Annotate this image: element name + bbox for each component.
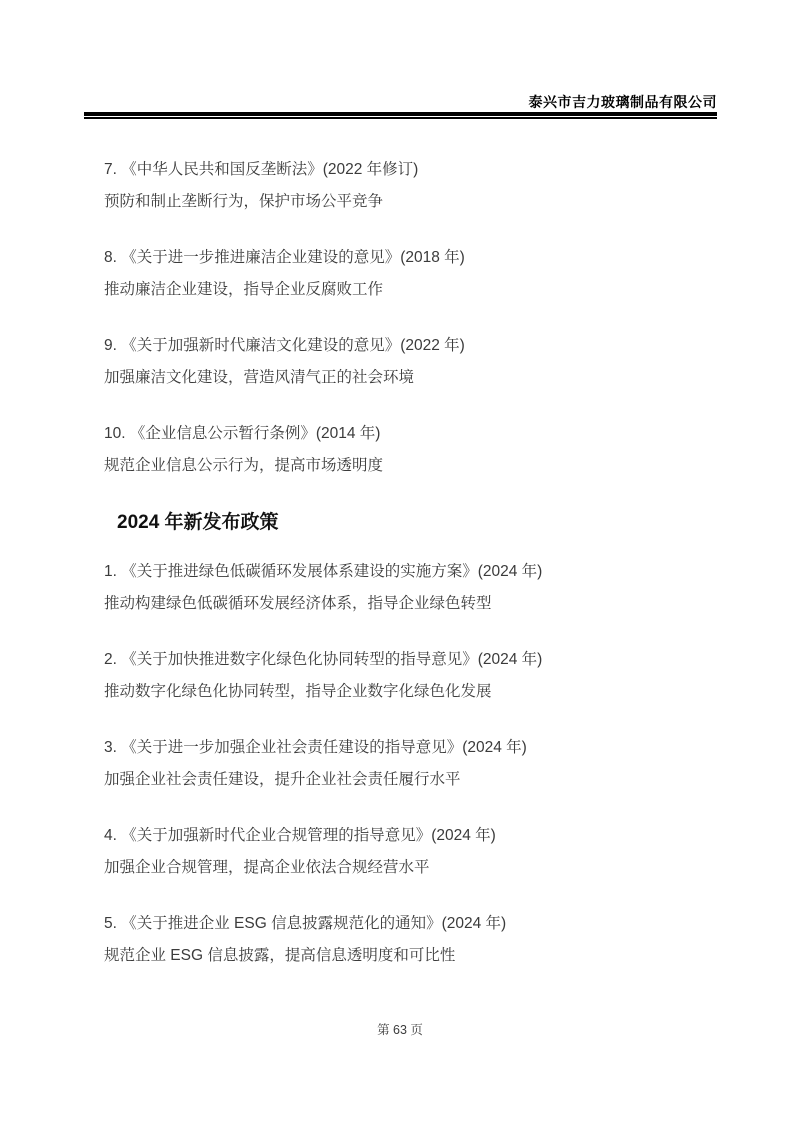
header-rule — [84, 112, 717, 119]
section-heading-2024-policies: 2024 年新发布政策 — [117, 512, 717, 534]
policy-title: 5. 《关于推进企业 ESG 信息披露规范化的通知》(2024 年) — [104, 914, 717, 934]
policy-title: 9. 《关于加强新时代廉洁文化建设的意见》(2022 年) — [104, 336, 717, 356]
policy-description: 推动廉洁企业建设，指导企业反腐败工作 — [104, 280, 717, 300]
policy-item-7: 7. 《中华人民共和国反垄断法》(2022 年修订) 预防和制止垄断行为，保护市… — [104, 160, 717, 212]
policy-description: 加强廉洁文化建设，营造风清气正的社会环境 — [104, 368, 717, 388]
document-body: 7. 《中华人民共和国反垄断法》(2022 年修订) 预防和制止垄断行为，保护市… — [0, 119, 800, 966]
page-header: 泰兴市吉力玻璃制品有限公司 — [0, 0, 800, 119]
policy-title: 8. 《关于进一步推进廉洁企业建设的意见》(2018 年) — [104, 248, 717, 268]
policy-description: 加强企业合规管理，提高企业依法合规经营水平 — [104, 858, 717, 878]
policy-item-5: 5. 《关于推进企业 ESG 信息披露规范化的通知》(2024 年) 规范企业 … — [104, 914, 717, 966]
company-name: 泰兴市吉力玻璃制品有限公司 — [84, 94, 717, 110]
policy-description: 推动数字化绿色化协同转型，指导企业数字化绿色化发展 — [104, 682, 717, 702]
policy-item-3: 3. 《关于进一步加强企业社会责任建设的指导意见》(2024 年) 加强企业社会… — [104, 738, 717, 790]
page-footer: 第 63 页 — [0, 1021, 800, 1039]
policy-title: 3. 《关于进一步加强企业社会责任建设的指导意见》(2024 年) — [104, 738, 717, 758]
policy-title: 1. 《关于推进绿色低碳循环发展体系建设的实施方案》(2024 年) — [104, 562, 717, 582]
policy-title: 4. 《关于加强新时代企业合规管理的指导意见》(2024 年) — [104, 826, 717, 846]
policy-description: 规范企业 ESG 信息披露，提高信息透明度和可比性 — [104, 946, 717, 966]
policy-item-4: 4. 《关于加强新时代企业合规管理的指导意见》(2024 年) 加强企业合规管理… — [104, 826, 717, 878]
page-number: 第 63 页 — [377, 1023, 423, 1037]
policy-item-9: 9. 《关于加强新时代廉洁文化建设的意见》(2022 年) 加强廉洁文化建设，营… — [104, 336, 717, 388]
policy-item-10: 10. 《企业信息公示暂行条例》(2014 年) 规范企业信息公示行为，提高市场… — [104, 424, 717, 476]
policy-item-2: 2. 《关于加快推进数字化绿色化协同转型的指导意见》(2024 年) 推动数字化… — [104, 650, 717, 702]
policy-item-8: 8. 《关于进一步推进廉洁企业建设的意见》(2018 年) 推动廉洁企业建设，指… — [104, 248, 717, 300]
policy-title: 2. 《关于加快推进数字化绿色化协同转型的指导意见》(2024 年) — [104, 650, 717, 670]
policy-description: 推动构建绿色低碳循环发展经济体系，指导企业绿色转型 — [104, 594, 717, 614]
document-page: 泰兴市吉力玻璃制品有限公司 7. 《中华人民共和国反垄断法》(2022 年修订)… — [0, 0, 800, 1131]
policy-title: 10. 《企业信息公示暂行条例》(2014 年) — [104, 424, 717, 444]
policy-description: 预防和制止垄断行为，保护市场公平竞争 — [104, 192, 717, 212]
policy-description: 加强企业社会责任建设，提升企业社会责任履行水平 — [104, 770, 717, 790]
policy-item-1: 1. 《关于推进绿色低碳循环发展体系建设的实施方案》(2024 年) 推动构建绿… — [104, 562, 717, 614]
policy-title: 7. 《中华人民共和国反垄断法》(2022 年修订) — [104, 160, 717, 180]
policy-description: 规范企业信息公示行为，提高市场透明度 — [104, 456, 717, 476]
